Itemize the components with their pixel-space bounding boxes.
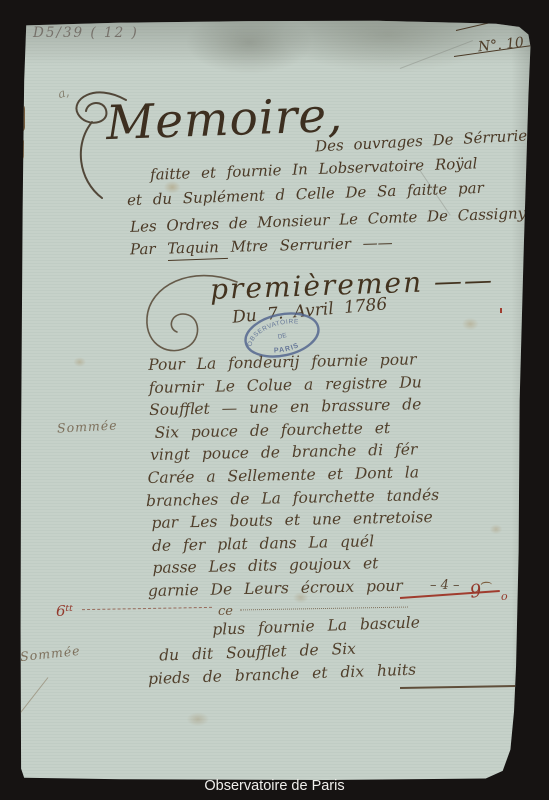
total-end: o xyxy=(501,590,508,603)
total-curl: ( xyxy=(479,579,494,587)
pencil-diagonal-stroke xyxy=(12,677,48,723)
page-title: Memoire, xyxy=(105,88,344,151)
binding-residue xyxy=(16,136,24,162)
body-paragraph-2: plus fournie La bascule du dit Soufflet … xyxy=(146,611,422,691)
margin-note: Sommée xyxy=(57,417,118,435)
photo-caption: Observatoire de Paris xyxy=(0,778,549,794)
shelfmark: D5/39 ( 12 ) xyxy=(33,25,139,41)
title-line: et du Suplément d Celle De Sa faitte par xyxy=(127,179,484,209)
leader-dashes xyxy=(82,607,212,610)
leader-dashes xyxy=(240,607,408,611)
svg-text:OBSERVATOIRE: OBSERVATOIRE xyxy=(243,316,303,349)
folio-upper-stroke xyxy=(456,17,513,31)
margin-note: Sommée xyxy=(19,643,81,664)
total-left-amount: 6ᵗᵗ xyxy=(56,602,73,620)
taquin-underline xyxy=(168,258,228,261)
title-line: Des ouvrages De Sérrurie xyxy=(315,126,528,155)
title-line: faitte et fournie In Lobservatoire Roÿal xyxy=(150,154,478,183)
red-edge-mark xyxy=(500,308,502,313)
title-line: Les Ordres de Monsieur Le Comte De Cassi… xyxy=(130,204,527,236)
stamp-text-middle: DE xyxy=(277,332,288,341)
stamp-text-top: OBSERVATOIRE xyxy=(243,316,303,349)
title-line: Par Taquin Mtre Serrurier —— xyxy=(130,234,393,259)
body-line: garnie De Leurs écroux pour xyxy=(148,574,442,603)
binding-residue xyxy=(16,103,25,133)
total-mid-word: ce xyxy=(218,604,233,619)
amount-note: – 4 – xyxy=(430,578,460,593)
bottom-rule xyxy=(400,685,542,689)
body-paragraph-1: Pour La fondeurij fournie pour fournir L… xyxy=(148,348,441,603)
manuscript-page: D5/39 ( 12 ) a, N°. 10 Memoire, Des ouvr… xyxy=(18,20,532,780)
